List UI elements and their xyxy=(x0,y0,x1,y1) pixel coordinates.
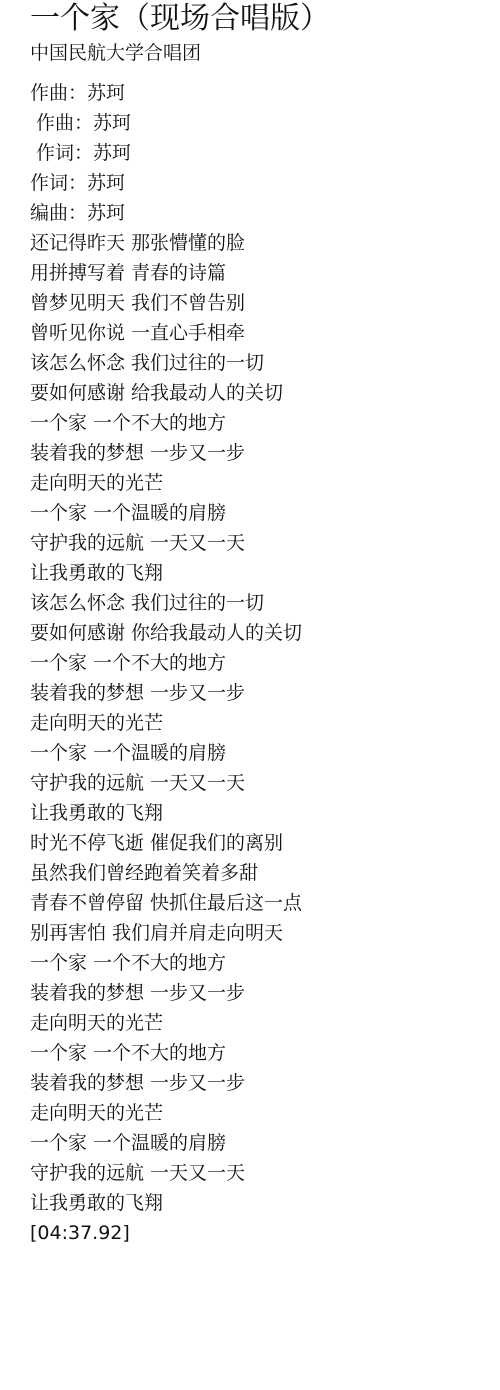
lyric-line: 别再害怕 我们肩并肩走向明天 xyxy=(30,918,490,948)
lyric-line: 还记得昨天 那张懵懂的脸 xyxy=(30,228,490,258)
lyric-line: 曾听见你说 一直心手相牵 xyxy=(30,318,490,348)
lyric-line: 一个家 一个温暖的肩膀 xyxy=(30,498,490,528)
lyric-line: 作词：苏珂 xyxy=(30,138,490,168)
lyric-line: 让我勇敢的飞翔 xyxy=(30,558,490,588)
lyric-line: 一个家 一个不大的地方 xyxy=(30,1038,490,1068)
lyric-line: 装着我的梦想 一步又一步 xyxy=(30,978,490,1008)
lyric-line: 要如何感谢 你给我最动人的关切 xyxy=(30,618,490,648)
lyric-line: 让我勇敢的飞翔 xyxy=(30,1188,490,1218)
lyric-line: 走向明天的光芒 xyxy=(30,468,490,498)
lyric-line: 要如何感谢 给我最动人的关切 xyxy=(30,378,490,408)
lyrics-page: 一个家（现场合唱版） 中国民航大学合唱团 作曲：苏珂 作曲：苏珂 作词：苏珂作词… xyxy=(30,0,490,1248)
lyric-line: 编曲：苏珂 xyxy=(30,198,490,228)
lyric-line: 走向明天的光芒 xyxy=(30,1098,490,1128)
lyric-line: 装着我的梦想 一步又一步 xyxy=(30,1068,490,1098)
lyric-line: 让我勇敢的飞翔 xyxy=(30,798,490,828)
song-artist: 中国民航大学合唱团 xyxy=(30,38,490,68)
lyric-line: 一个家 一个不大的地方 xyxy=(30,408,490,438)
lyric-line: 一个家 一个温暖的肩膀 xyxy=(30,738,490,768)
lyric-line: 走向明天的光芒 xyxy=(30,708,490,738)
lyric-line: 守护我的远航 一天又一天 xyxy=(30,528,490,558)
lyric-line: 作曲：苏珂 xyxy=(30,78,490,108)
lyric-line: 时光不停飞逝 催促我们的离别 xyxy=(30,828,490,858)
timestamp: [04:37.92] xyxy=(30,1218,490,1248)
lyric-line: 走向明天的光芒 xyxy=(30,1008,490,1038)
lyric-line: 一个家 一个不大的地方 xyxy=(30,648,490,678)
lyric-line: 曾梦见明天 我们不曾告别 xyxy=(30,288,490,318)
lyric-line: 一个家 一个温暖的肩膀 xyxy=(30,1128,490,1158)
lyric-line: 一个家 一个不大的地方 xyxy=(30,948,490,978)
lyric-line: 作词：苏珂 xyxy=(30,168,490,198)
lyric-line: 守护我的远航 一天又一天 xyxy=(30,768,490,798)
lyric-line: 用拼搏写着 青春的诗篇 xyxy=(30,258,490,288)
lyric-line: 青春不曾停留 快抓住最后这一点 xyxy=(30,888,490,918)
lyric-line: 作曲：苏珂 xyxy=(30,108,490,138)
lyric-line: 守护我的远航 一天又一天 xyxy=(30,1158,490,1188)
lyric-line: 该怎么怀念 我们过往的一切 xyxy=(30,588,490,618)
lyric-line: 虽然我们曾经跑着笑着多甜 xyxy=(30,858,490,888)
lyric-line: 该怎么怀念 我们过往的一切 xyxy=(30,348,490,378)
song-title: 一个家（现场合唱版） xyxy=(30,0,490,38)
lyric-line: 装着我的梦想 一步又一步 xyxy=(30,678,490,708)
lyric-line: 装着我的梦想 一步又一步 xyxy=(30,438,490,468)
lyrics-list: 作曲：苏珂 作曲：苏珂 作词：苏珂作词：苏珂编曲：苏珂还记得昨天 那张懵懂的脸用… xyxy=(30,78,490,1248)
